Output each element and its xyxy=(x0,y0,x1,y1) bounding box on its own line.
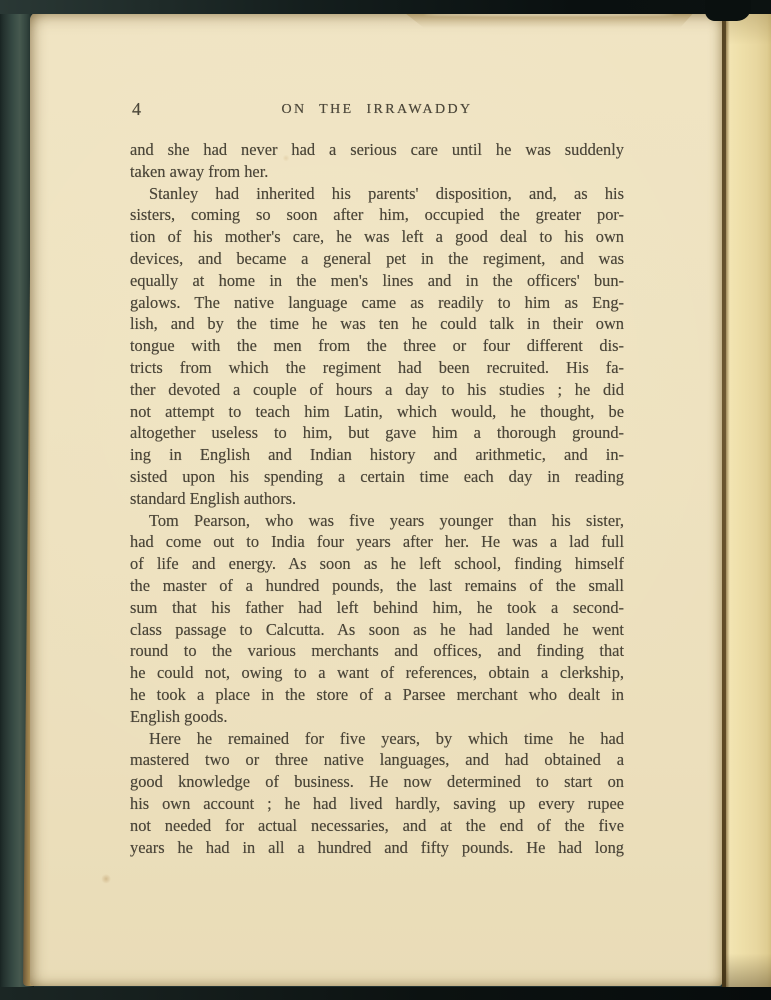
text-line: devices, and became a general pet in the… xyxy=(130,248,624,270)
text-line: not attempt to teach him Latin, which wo… xyxy=(130,401,624,423)
paragraph: Here he remained for five years, by whic… xyxy=(130,728,624,859)
text-line: years he had in all a hundred and fifty … xyxy=(130,837,624,859)
text-line: round to the various merchants and offic… xyxy=(130,640,624,662)
text-line: taken away from her. xyxy=(130,161,624,183)
book-photo: 4 ON THE IRRAWADDY and she had never had… xyxy=(0,0,771,1000)
paragraph: and she had never had a serious care unt… xyxy=(130,139,624,183)
text-line: sisters, coming so soon after him, occup… xyxy=(130,204,624,226)
text-line: ing in English and Indian history and ar… xyxy=(130,444,624,466)
text-line: he took a place in the store of a Parsee… xyxy=(130,684,624,706)
paragraph: Stanley had inherited his parents' dispo… xyxy=(130,183,624,510)
text-line: and she had never had a serious care unt… xyxy=(130,139,624,161)
text-line: sisted upon his spending a certain time … xyxy=(130,466,624,488)
text-line: the master of a hundred pounds, the last… xyxy=(130,575,624,597)
book-cover-bottom xyxy=(0,987,771,1000)
text-line: class passage to Calcutta. As soon as he… xyxy=(130,619,624,641)
text-line: equally at home in the men's lines and i… xyxy=(130,270,624,292)
text-line: Tom Pearson, who was five years younger … xyxy=(130,510,624,532)
text-line: not needed for actual necessaries, and a… xyxy=(130,815,624,837)
text-line: tongue with the men from the three or fo… xyxy=(130,335,624,357)
book-cover-top xyxy=(0,0,771,14)
paragraph: Tom Pearson, who was five years younger … xyxy=(130,510,624,728)
fore-edge-crease xyxy=(722,5,726,993)
text-line: tion of his mother's care, he was left a… xyxy=(130,226,624,248)
book-page: 4 ON THE IRRAWADDY and she had never had… xyxy=(30,12,722,986)
text-line: standard English authors. xyxy=(130,488,624,510)
text-line: tricts from which the regiment had been … xyxy=(130,357,624,379)
text-line: his own account ; he had lived hardly, s… xyxy=(130,793,624,815)
fore-edge-pages xyxy=(722,5,771,993)
page-body: and she had never had a serious care unt… xyxy=(130,139,624,858)
text-line: he could not, owing to a want of referen… xyxy=(130,662,624,684)
book-cover-corner xyxy=(705,0,751,21)
text-line: of life and energy. As soon as he left s… xyxy=(130,553,624,575)
text-line: galows. The native language came as read… xyxy=(130,292,624,314)
text-line: English goods. xyxy=(130,706,624,728)
text-line: had come out to India four years after h… xyxy=(130,531,624,553)
text-line: good knowledge of business. He now deter… xyxy=(130,771,624,793)
text-line: altogether useless to him, but gave him … xyxy=(130,422,624,444)
running-title: ON THE IRRAWADDY xyxy=(130,102,624,118)
text-line: ther devoted a couple of hours a day to … xyxy=(130,379,624,401)
page-header: 4 ON THE IRRAWADDY xyxy=(130,99,624,121)
text-line: Stanley had inherited his parents' dispo… xyxy=(130,183,624,205)
text-line: lish, and by the time he was ten he coul… xyxy=(130,313,624,335)
text-line: sum that his father had left behind him,… xyxy=(130,597,624,619)
text-line: Here he remained for five years, by whic… xyxy=(130,728,624,750)
text-line: mastered two or three native languages, … xyxy=(130,749,624,771)
